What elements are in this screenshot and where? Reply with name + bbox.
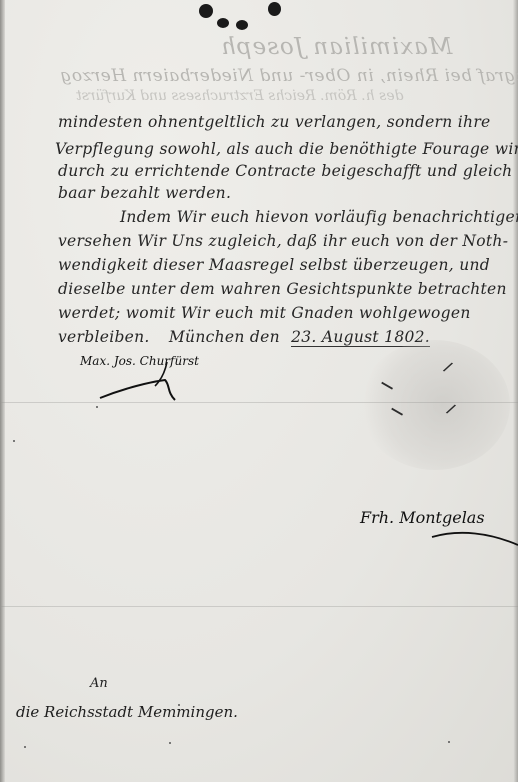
seal-holes	[196, 0, 286, 34]
letterhead-showthrough-2: Pfalzgraf bei Rhein, in Ober- und Nieder…	[60, 66, 518, 86]
body-line: dieselbe unter dem wahren Gesichtspunkte…	[58, 280, 507, 298]
body-line: baar bezahlt werden.	[58, 184, 231, 202]
address-prefix: An	[90, 676, 108, 691]
stamp-mark: /	[441, 359, 455, 376]
body-line: Verpflegung sowohl, als auch die benöthi…	[55, 140, 518, 158]
page-edge-left	[0, 0, 5, 782]
paper-speck	[178, 704, 180, 706]
letterhead-showthrough-3: des h. Röm. Reichs Erztruchsess und Kurf…	[76, 88, 404, 104]
body-line: wendigkeit dieser Maasregel selbst überz…	[58, 256, 490, 274]
ink-stamp: — / — /	[360, 340, 510, 470]
fold-line	[0, 402, 518, 403]
fold-line	[0, 606, 518, 607]
closing-line: verbleiben. München den 23. August 1802.	[58, 328, 430, 346]
paper-speck	[13, 440, 15, 442]
paper-speck	[448, 741, 450, 743]
body-line: versehen Wir Uns zugleich, daß ihr euch …	[58, 232, 508, 250]
body-line: werdet; womit Wir euch mit Gnaden wohlge…	[58, 304, 471, 322]
signature-flourish-right	[430, 525, 518, 550]
document-page: Maximilian Joseph Pfalzgraf bei Rhein, i…	[0, 0, 518, 782]
body-line: mindesten ohnentgeltlich zu verlangen, s…	[58, 113, 491, 131]
page-edge-right	[513, 0, 518, 782]
stamp-mark: /	[444, 401, 458, 418]
body-line: durch zu errichtende Contracte beigescha…	[58, 162, 512, 180]
body-line: Indem Wir euch hievon vorläufig benachri…	[120, 208, 518, 226]
stamp-mark: —	[377, 375, 399, 397]
letterhead-showthrough-1: Maximilian Joseph	[220, 34, 452, 60]
place: München den	[169, 328, 280, 346]
signature-flourish-left	[95, 360, 185, 405]
paper-speck	[24, 746, 26, 748]
paper-speck	[96, 406, 98, 408]
address-line: die Reichsstadt Memmingen.	[16, 703, 238, 721]
closing-word: verbleiben.	[58, 328, 150, 346]
stamp-mark: —	[387, 401, 409, 423]
paper-speck	[169, 742, 171, 744]
